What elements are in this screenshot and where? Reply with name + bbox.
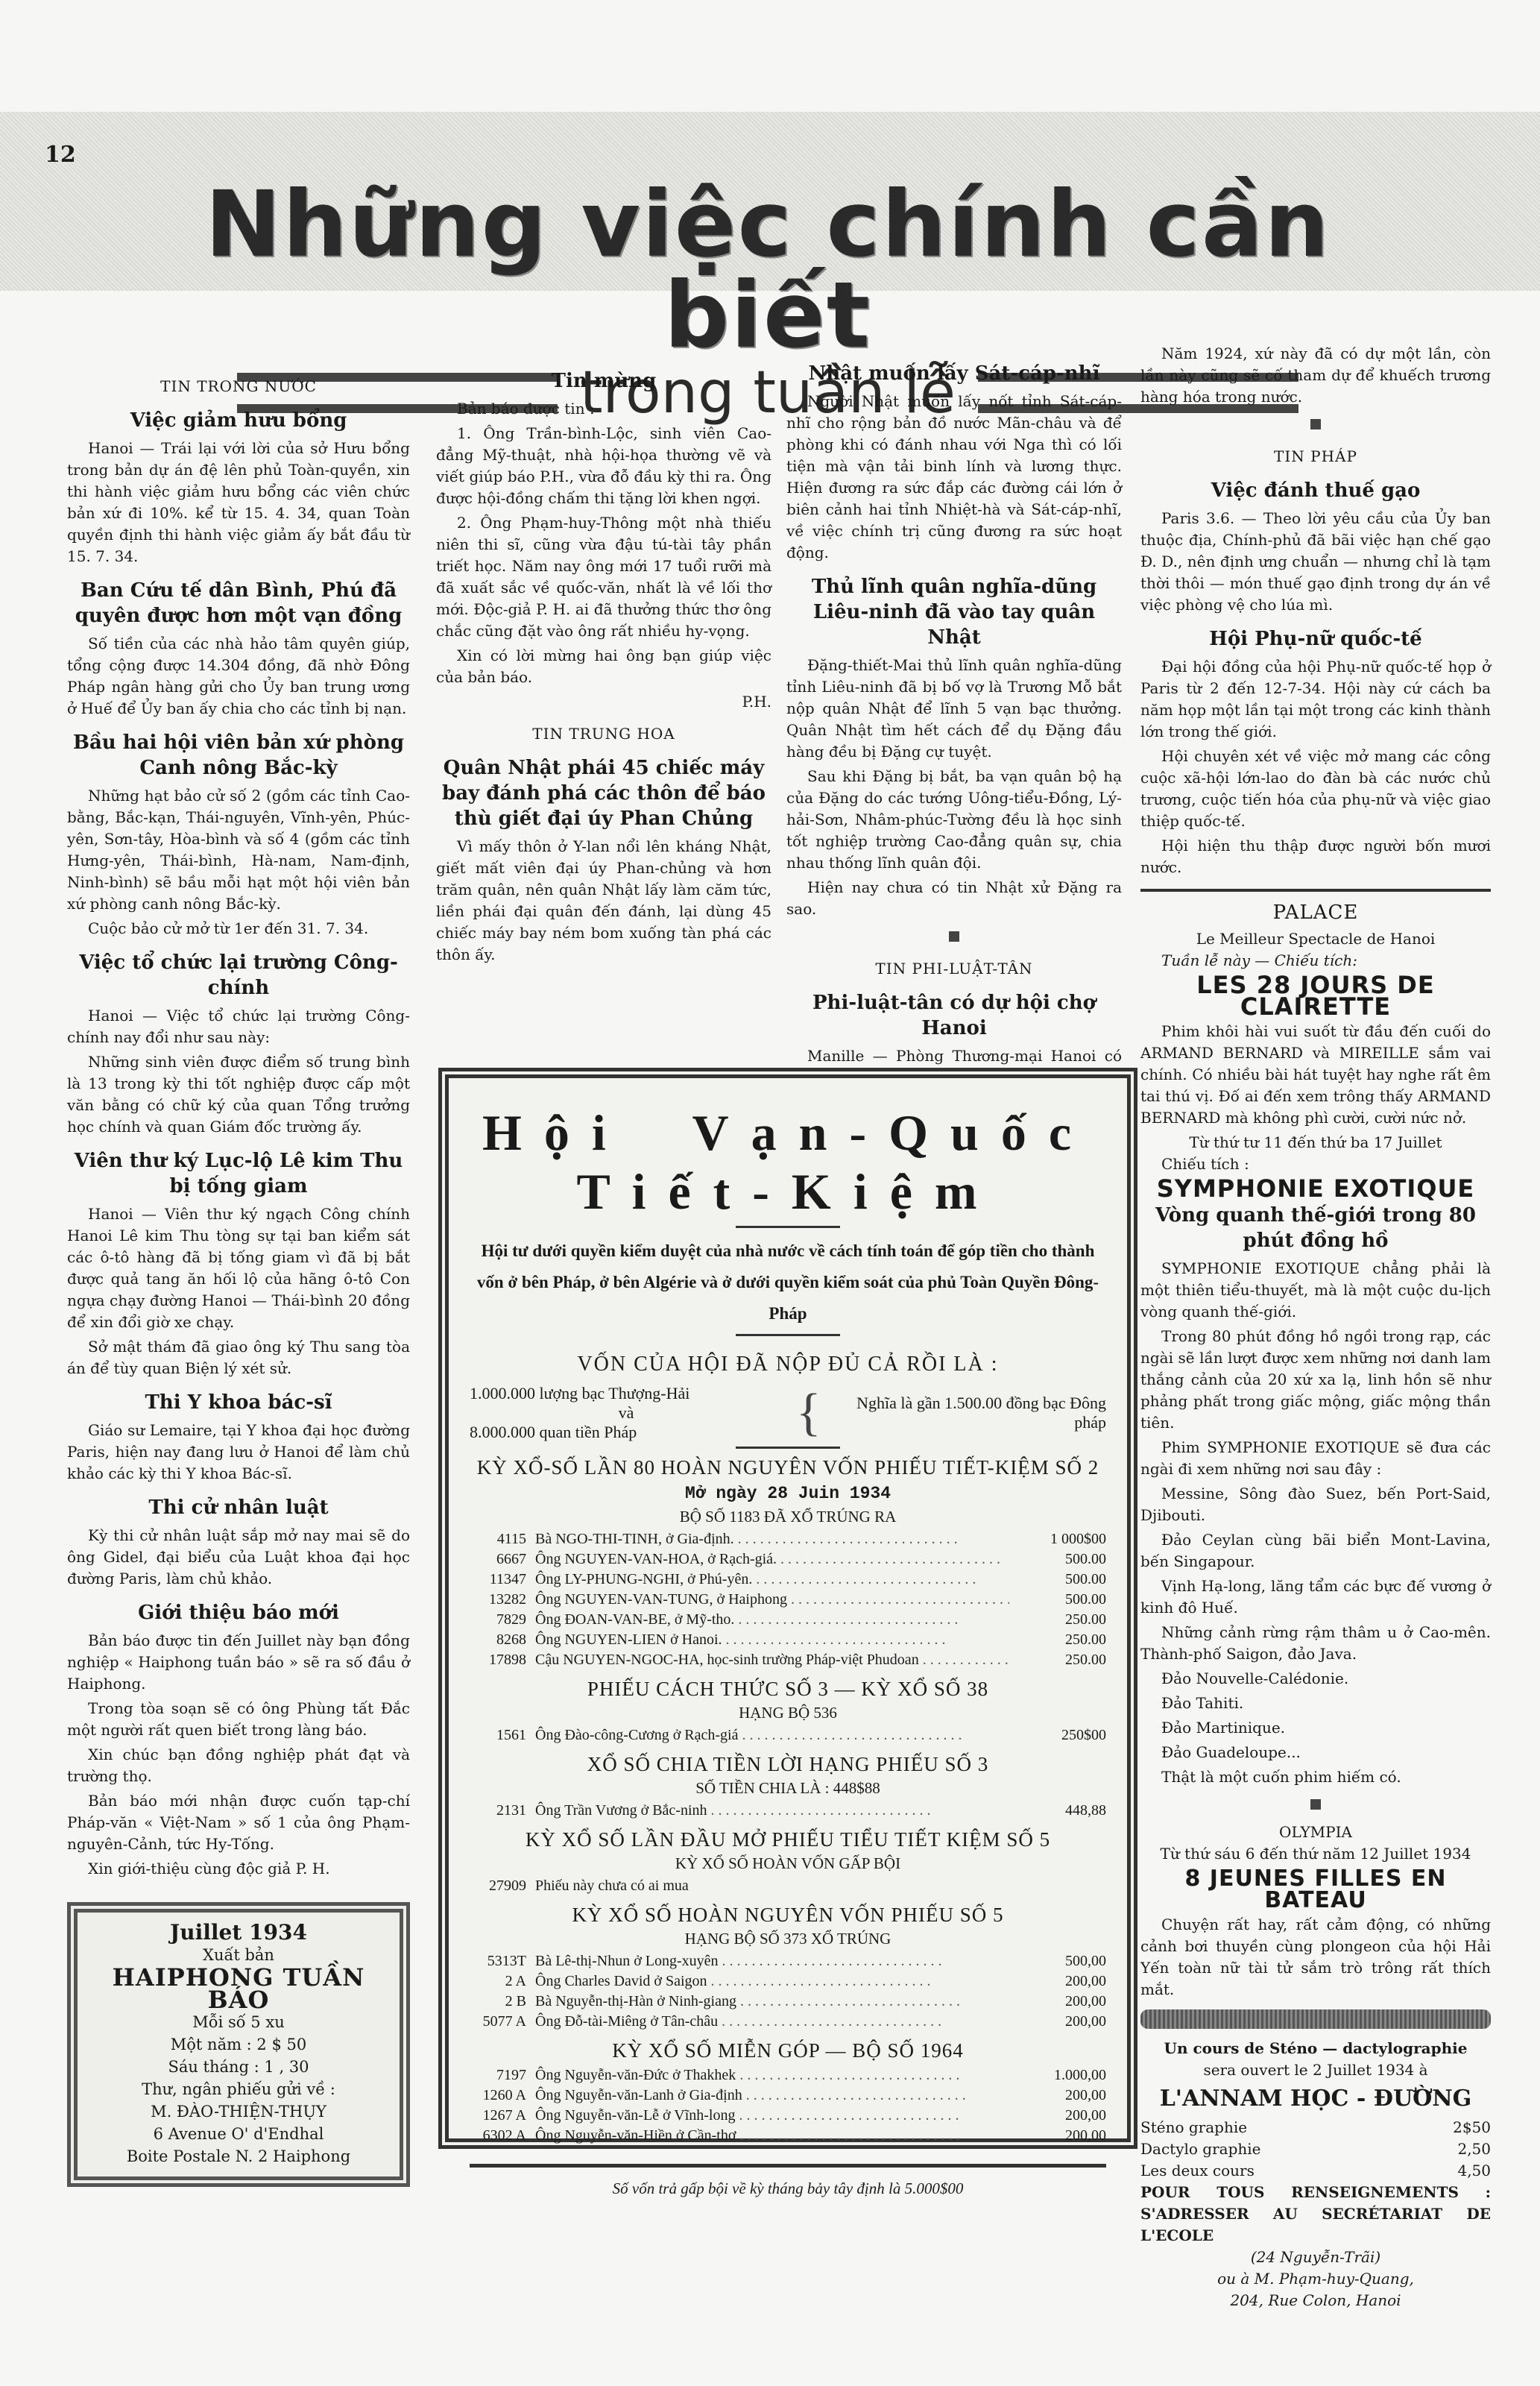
- article-headline: Hội Phụ-nữ quốc-tế: [1140, 626, 1491, 652]
- film-description: Phim SYMPHONIE EXOTIQUE sẽ đưa các ngài …: [1140, 1437, 1491, 1480]
- film-description: Trong 80 phút đồng hồ ngồi trong rạp, cá…: [1140, 1326, 1491, 1434]
- prize-amount: 200,00: [1009, 2012, 1106, 2032]
- palace-name: PALACE: [1140, 902, 1491, 924]
- ticket-number: 17898: [470, 1650, 526, 1670]
- winner-row: 7197Ông Nguyễn-văn-Đức ở Thakhek1.000,00: [470, 2065, 1106, 2086]
- ad-footer: Số vốn trả gấp bội về kỳ tháng bảy tây đ…: [470, 2164, 1106, 2198]
- winner-name: Ông NGUYEN-VAN-TUNG, ở Haiphong: [535, 1590, 1009, 1610]
- winner-row: 6302 AÔng Nguyễn-văn-Hiền ở Cần-thơ200,0…: [470, 2126, 1106, 2146]
- article-paragraph: Hiện nay chưa có tin Nhật xử Đặng ra sao…: [786, 877, 1122, 920]
- prize-amount: 1.000,00: [1009, 2065, 1106, 2086]
- prize-amount: 200,00: [1009, 2086, 1106, 2106]
- ticket-number: 2 A: [470, 1971, 526, 1992]
- section-heading: TIN TRONG NƯỚC: [67, 376, 410, 397]
- draw-subtitle: BỘ SỐ 1183 ĐÃ XỔ TRÚNG RA: [470, 1508, 1106, 1526]
- article-paragraph: Bản báo được tin :: [436, 398, 771, 420]
- draw-note: Phiếu này chưa có ai mua: [535, 1876, 689, 1896]
- prize-amount: 250.00: [1009, 1650, 1106, 1670]
- article-paragraph: Hanoi — Việc tổ chức lại trường Công-chí…: [67, 1005, 410, 1048]
- prize-amount: 200,00: [1009, 1992, 1106, 2012]
- palace-dates: Từ thứ tư 11 đến thứ ba 17 Juillet: [1140, 1132, 1491, 1153]
- price-list: Sténo graphie2$50Dactylo graphie2,50Les …: [1140, 2117, 1491, 2182]
- winner-name: Ông Nguyễn-văn-Hiền ở Cần-thơ: [535, 2126, 1009, 2146]
- article-headline: Bầu hai hội viên bản xứ phòng Canh nông …: [67, 730, 410, 781]
- palace-week: Tuần lễ này — Chiếu tích:: [1140, 950, 1491, 972]
- separator-icon: [1140, 414, 1491, 435]
- price-label: Sténo graphie: [1140, 2117, 1247, 2138]
- address-line: (24 Nguyễn-Trãi): [1140, 2247, 1491, 2268]
- steno-line2: sera ouvert le 2 Juillet 1934 à: [1140, 2059, 1491, 2081]
- draw-title: XỔ SỐ CHIA TIỀN LỜI HẠNG PHIẾU SỐ 3: [470, 1753, 1106, 1776]
- capital-line: và: [470, 1403, 783, 1423]
- winner-row: 4115Bà NGO-THI-TINH, ở Gia-định.1 000$00: [470, 1529, 1106, 1549]
- steno-address: (24 Nguyễn-Trãi)ou à M. Phạm-huy-Quang,2…: [1140, 2247, 1491, 2311]
- winner-row: 2131Ông Trần Vương ở Bắc-ninh448,88: [470, 1801, 1106, 1821]
- article-headline: Giới thiệu báo mới: [67, 1600, 410, 1625]
- film-description: Thật là một cuốn phim hiếm có.: [1140, 1766, 1491, 1788]
- winner-name: Ông Đỗ-tài-Miêng ở Tân-châu: [535, 2012, 1009, 2032]
- prize-amount: 200,00: [1009, 2106, 1106, 2126]
- olympia-desc: Chuyện rất hay, rất cảm động, có những c…: [1140, 1914, 1491, 2001]
- capital-line: 1.000.000 lượng bạc Thượng-Hải: [470, 1384, 783, 1403]
- article-paragraph: Sở mật thám đã giao ông ký Thu sang tòa …: [67, 1336, 410, 1379]
- article-paragraph: Vì mấy thôn ở Y-lan nổi lên kháng Nhật, …: [436, 836, 771, 966]
- draw-title: KỲ XỔ-SỐ LẦN 80 HOÀN NGUYÊN VỐN PHIẾU TI…: [470, 1456, 1106, 1479]
- article-headline: Viên thư ký Lục-lộ Lê kim Thu bị tống gi…: [67, 1148, 410, 1199]
- winner-name: Ông Charles David ở Saigon: [535, 1971, 1009, 1992]
- winner-name: Bà Nguyễn-thị-Hàn ở Ninh-giang: [535, 1992, 1009, 2012]
- price-value: 2,50: [1457, 2138, 1491, 2160]
- subscription-lines: Mỗi số 5 xuMột năm : 2 $ 50Sáu tháng : 1…: [92, 2011, 385, 2168]
- film-description: Những cảnh rừng rậm thâm u ở Cao-mên. Th…: [1140, 1622, 1491, 1665]
- winner-name: Ông Đào-công-Cương ở Rạch-giá: [535, 1725, 1009, 1746]
- article-paragraph: 1. Ông Trần-bình-Lộc, sinh viên Cao-đẳng…: [436, 423, 771, 509]
- ticket-number: 6667: [470, 1549, 526, 1570]
- olympia-name: OLYMPIA: [1140, 1822, 1491, 1843]
- film-description: Vịnh Hạ-long, lăng tẩm các bực đế vương …: [1140, 1576, 1491, 1619]
- winner-name: Ông LY-PHUNG-NGHI, ở Phú-yên.: [535, 1570, 1009, 1590]
- subscription-line: Sáu tháng : 1 , 30: [92, 2056, 385, 2078]
- draw-title: KỲ XỔ SỐ MIỄN GÓP — BỘ SỐ 1964: [470, 2039, 1106, 2062]
- winner-row: 17898Cậu NGUYEN-NGOC-HA, học-sinh trường…: [470, 1650, 1106, 1670]
- ticket-number: 8268: [470, 1630, 526, 1650]
- winner-name: Ông ĐOAN-VAN-BE, ở Mỹ-tho.: [535, 1610, 1009, 1630]
- subscription-line: Một năm : 2 $ 50: [92, 2033, 385, 2056]
- lottery-results: KỲ XỔ-SỐ LẦN 80 HOÀN NGUYÊN VỐN PHIẾU TI…: [470, 1456, 1106, 2146]
- prize-amount: 500.00: [1009, 1549, 1106, 1570]
- separator-icon: [1140, 1794, 1491, 1816]
- winner-row: 2 AÔng Charles David ở Saigon200,00: [470, 1971, 1106, 1992]
- ad-title: Hội Vạn-Quốc Tiết-Kiệm: [470, 1104, 1106, 1221]
- subscription-line: Boite Postale N. 2 Haiphong: [92, 2145, 385, 2168]
- article-paragraph: Số tiền của các nhà hảo tâm quyên giúp, …: [67, 633, 410, 720]
- winner-row: 1260 AÔng Nguyễn-văn-Lanh ở Gia-định200,…: [470, 2086, 1106, 2106]
- winner-row: 27909Phiếu này chưa có ai mua: [470, 1876, 1106, 1896]
- subscription-line: Thư, ngân phiếu gửi về :: [92, 2078, 385, 2100]
- film-subtitle: Vòng quanh thế-giới trong 80 phút đồng h…: [1140, 1203, 1491, 1253]
- draw-title: KỲ XỔ SỐ HOÀN NGUYÊN VỐN PHIẾU SỐ 5: [470, 1904, 1106, 1927]
- price-row: Les deux cours4,50: [1140, 2160, 1491, 2182]
- winner-name: Bà Lê-thị-Nhun ở Long-xuyên: [535, 1951, 1009, 1971]
- school-name: L'ANNAM HỌC - ĐƯỜNG: [1140, 2084, 1491, 2114]
- ad-intro: Hội tư dưới quyền kiểm duyệt của nhà nướ…: [470, 1236, 1106, 1329]
- capital-line: 8.000.000 quan tiền Pháp: [470, 1423, 783, 1442]
- winner-row: 2 BBà Nguyễn-thị-Hàn ở Ninh-giang200,00: [470, 1992, 1106, 2012]
- article-paragraph: Trong tòa soạn sẽ có ông Phùng tất Đắc m…: [67, 1698, 410, 1741]
- palace-tagline: Le Meilleur Spectacle de Hanoi: [1140, 928, 1491, 950]
- article-paragraph: Người Nhật muốn lấy nốt tỉnh Sát-cáp-nhĩ…: [786, 391, 1122, 564]
- ornament: [736, 1226, 840, 1228]
- film-title: LES 28 JOURS DE CLAIRETTE: [1140, 975, 1491, 1018]
- column-domestic-news: TIN TRONG NƯỚC Việc giảm hưu bổngHanoi —…: [67, 365, 410, 2187]
- ticket-number: 5077 A: [470, 2012, 526, 2032]
- steno-line1: Un cours de Sténo — dactylographie: [1140, 2038, 1491, 2059]
- winner-name: Ông NGUYEN-LIEN ở Hanoi.: [535, 1630, 1009, 1650]
- article-headline: Quân Nhật phái 45 chiếc máy bay đánh phá…: [436, 755, 771, 831]
- ticket-number: 1561: [470, 1725, 526, 1746]
- winner-name: Ông Nguyễn-văn-Đức ở Thakhek: [535, 2065, 1009, 2086]
- winner-row: 1267 AÔng Nguyễn-văn-Lễ ở Vĩnh-long200,0…: [470, 2106, 1106, 2126]
- ornament: [736, 1447, 840, 1449]
- prize-amount: 500,00: [1009, 1951, 1106, 1971]
- film-description: Đảo Guadeloupe...: [1140, 1742, 1491, 1763]
- winner-row: 1561Ông Đào-công-Cương ở Rạch-giá250$00: [470, 1725, 1106, 1746]
- ticket-number: 1260 A: [470, 2086, 526, 2106]
- ticket-number: 7197: [470, 2065, 526, 2086]
- address-line: 204, Rue Colon, Hanoi: [1140, 2290, 1491, 2311]
- article-list: Việc đánh thuế gạoParis 3.6. — Theo lời …: [1140, 478, 1491, 878]
- wave-divider: [1140, 2009, 1491, 2029]
- article-paragraph: Cuộc bảo cử mở từ 1er đến 31. 7. 34.: [67, 918, 410, 939]
- film-description: SYMPHONIE EXOTIQUE chẳng phải là một thi…: [1140, 1258, 1491, 1323]
- divider: [1140, 889, 1491, 892]
- article-paragraph: Hanoi — Trái lại với lời của sở Hưu bổng…: [67, 438, 410, 567]
- chieu-tich-label: Chiếu tích :: [1140, 1153, 1491, 1175]
- price-row: Sténo graphie2$50: [1140, 2117, 1491, 2138]
- address-line: ou à M. Phạm-huy-Quang,: [1140, 2268, 1491, 2290]
- prize-amount: 250$00: [1009, 1725, 1106, 1746]
- price-label: Les deux cours: [1140, 2160, 1255, 2182]
- article-paragraph: Kỳ thi cử nhân luật sắp mở nay mai sẽ do…: [67, 1525, 410, 1590]
- film-description: Phim khôi hài vui suốt từ đầu đến cuối d…: [1140, 1021, 1491, 1129]
- prize-amount: 500.00: [1009, 1590, 1106, 1610]
- film-description: Đảo Ceylan cùng bãi biển Mont-Lavina, bế…: [1140, 1529, 1491, 1573]
- draw-subtitle: SỐ TIỀN CHIA LÀ : 448$88: [470, 1779, 1106, 1798]
- subscription-date: Juillet 1934: [92, 1921, 385, 1944]
- prize-amount: 500.00: [1009, 1570, 1106, 1590]
- draw-subtitle: HẠNG BỘ SỐ 373 XỔ TRÚNG: [470, 1930, 1106, 1948]
- film-description: Đảo Nouvelle-Calédonie.: [1140, 1668, 1491, 1690]
- article-paragraph: Đặng-thiết-Mai thủ lĩnh quân nghĩa-dũng …: [786, 655, 1122, 763]
- ticket-number: 13282: [470, 1590, 526, 1610]
- film-title: SYMPHONIE EXOTIQUE: [1140, 1178, 1491, 1200]
- capital-heading: VỐN CỦA HỘI ĐÃ NỘP ĐỦ CẢ RỒI LÀ :: [470, 1353, 1106, 1376]
- subscription-line: 6 Avenue O' d'Endhal: [92, 2123, 385, 2145]
- brace-icon: {: [796, 1387, 821, 1439]
- winner-name: Ông Nguyễn-văn-Lễ ở Vĩnh-long: [535, 2106, 1009, 2126]
- prize-amount: 448,88: [1009, 1801, 1106, 1821]
- winner-row: 5313TBà Lê-thị-Nhun ở Long-xuyên500,00: [470, 1951, 1106, 1971]
- subscription-title: HAIPHONG TUẦN BÁO: [92, 1966, 385, 2011]
- winner-name: Ông Trần Vương ở Bắc-ninh: [535, 1801, 1009, 1821]
- article-paragraph: Bản báo được tin đến Juillet này bạn đồn…: [67, 1630, 410, 1695]
- article-headline: Thi cử nhân luật: [67, 1495, 410, 1520]
- article-headline: Việc giảm hưu bổng: [67, 408, 410, 433]
- section-heading: TIN PHÁP: [1140, 446, 1491, 468]
- article-list: Tin mừngBản báo được tin :1. Ông Trần-bì…: [436, 368, 771, 966]
- article-paragraph: Hanoi — Viên thư ký ngạch Công chính Han…: [67, 1203, 410, 1333]
- article-paragraph: Hội hiện thu thập được người bốn mươi nư…: [1140, 835, 1491, 878]
- draw-title: KỲ XỔ SỐ LẦN ĐẦU MỞ PHIẾU TIỂU TIẾT KIỆM…: [470, 1828, 1106, 1851]
- film-description: Messine, Sông đào Suez, bến Port-Said, D…: [1140, 1483, 1491, 1526]
- article-headline: Thi Y khoa bác-sĩ: [67, 1390, 410, 1415]
- winner-row: 11347Ông LY-PHUNG-NGHI, ở Phú-yên.500.00: [470, 1570, 1106, 1590]
- price-value: 2$50: [1453, 2117, 1491, 2138]
- winner-row: 7829Ông ĐOAN-VAN-BE, ở Mỹ-tho.250.00: [470, 1610, 1106, 1630]
- winner-row: 13282Ông NGUYEN-VAN-TUNG, ở Haiphong500.…: [470, 1590, 1106, 1610]
- winner-row: 8268Ông NGUYEN-LIEN ở Hanoi.250.00: [470, 1630, 1106, 1650]
- article-headline: Tin mừng: [436, 368, 771, 394]
- article-headline: Thủ lĩnh quân nghĩa-dũng Liêu-ninh đã và…: [786, 574, 1122, 650]
- article-headline: Việc đánh thuế gạo: [1140, 478, 1491, 503]
- draw-subtitle: KỲ XỔ SỐ HOÀN VỐN GẤP BỘI: [470, 1854, 1106, 1873]
- winner-name: Ông Nguyễn-văn-Lanh ở Gia-định: [535, 2086, 1009, 2106]
- continuation-text: Năm 1924, xứ này đã có dự một lần, còn l…: [1140, 343, 1491, 408]
- price-row: Dactylo graphie2,50: [1140, 2138, 1491, 2160]
- winner-row: 5077 AÔng Đỗ-tài-Miêng ở Tân-châu200,00: [470, 2012, 1106, 2032]
- article-paragraph: Sau khi Đặng bị bắt, ba vạn quân bộ hạ c…: [786, 766, 1122, 874]
- article-headline: Ban Cứu tế dân Bình, Phú đã quyên được h…: [67, 578, 410, 629]
- article-paragraph: Đại hội đồng của hội Phụ-nữ quốc-tế họp …: [1140, 656, 1491, 743]
- article-list: Việc giảm hưu bổngHanoi — Trái lại với l…: [67, 408, 410, 1880]
- draw-title: PHIẾU CÁCH THỨC SỐ 3 — KỲ XỔ SỐ 38: [470, 1678, 1106, 1701]
- article-paragraph: Những sinh viên được điểm số trung bình …: [67, 1051, 410, 1138]
- prize-amount: 200,00: [1009, 2126, 1106, 2146]
- draw-subtitle: HẠNG BỘ 536: [470, 1704, 1106, 1722]
- winner-name: Bà NGO-THI-TINH, ở Gia-định.: [535, 1529, 1009, 1549]
- ticket-number: 7829: [470, 1610, 526, 1630]
- film-description: Đảo Tahiti.: [1140, 1693, 1491, 1714]
- article-signature: P.H.: [436, 691, 771, 713]
- price-label: Dactylo graphie: [1140, 2138, 1261, 2160]
- capital-equivalent: Nghĩa là gần 1.500.00 đồng bạc Đông pháp: [835, 1394, 1106, 1432]
- prize-amount: 1 000$00: [1009, 1529, 1106, 1549]
- ticket-number: 5313T: [470, 1951, 526, 1971]
- ticket-number: 2 B: [470, 1992, 526, 2012]
- ticket-number: 11347: [470, 1570, 526, 1590]
- ornament: [736, 1334, 840, 1336]
- prize-amount: 250.00: [1009, 1630, 1106, 1650]
- column-france-cinema: Năm 1924, xứ này đã có dự một lần, còn l…: [1140, 343, 1491, 2311]
- subscription-line: M. ĐÀO-THIỆN-THỤY: [92, 2100, 385, 2123]
- page-number: 12: [45, 142, 76, 168]
- ticket-number: 27909: [470, 1876, 526, 1896]
- savings-advertisement: Hội Vạn-Quốc Tiết-Kiệm Hội tư dưới quyền…: [438, 1068, 1137, 2149]
- article-headline: Việc tổ chức lại trường Công-chính: [67, 950, 410, 1001]
- article-paragraph: Bản báo mới nhận được cuốn tạp-chí Pháp-…: [67, 1790, 410, 1855]
- prize-amount: 250.00: [1009, 1610, 1106, 1630]
- ticket-number: 4115: [470, 1529, 526, 1549]
- steno-info: POUR TOUS RENSEIGNEMENTS : S'ADRESSER AU…: [1140, 2182, 1491, 2247]
- article-paragraph: Những hạt bảo cử số 2 (gồm các tỉnh Cao-…: [67, 785, 410, 915]
- capital-block: 1.000.000 lượng bạc Thượng-Hảivà8.000.00…: [470, 1384, 1106, 1442]
- ticket-number: 1267 A: [470, 2106, 526, 2126]
- masthead-title: Những việc chính cần biết: [157, 179, 1379, 361]
- article-paragraph: Hội chuyên xét về việc mở mang các công …: [1140, 746, 1491, 832]
- article-paragraph: Xin có lời mừng hai ông bạn giúp việc củ…: [436, 645, 771, 688]
- article-paragraph: Giáo sư Lemaire, tại Y khoa đại học đườn…: [67, 1420, 410, 1485]
- subscription-box: Juillet 1934 Xuất bản HAIPHONG TUẦN BÁO …: [67, 1902, 410, 2187]
- winner-name: Cậu NGUYEN-NGOC-HA, học-sinh trường Pháp…: [535, 1650, 1009, 1670]
- olympia-dates: Từ thứ sáu 6 đến thứ năm 12 Juillet 1934: [1140, 1843, 1491, 1865]
- section-heading: TIN PHI-LUẬT-TÂN: [786, 958, 1122, 980]
- article-headline: Phi-luật-tân có dự hội chợ Hanoi: [786, 990, 1122, 1041]
- article-list: Nhật muốn lấy Sát-cáp-nhĩNgười Nhật muốn…: [786, 361, 1122, 1132]
- winner-name: Ông NGUYEN-VAN-HOA, ở Rạch-giá.: [535, 1549, 1009, 1570]
- article-headline: Nhật muốn lấy Sát-cáp-nhĩ: [786, 361, 1122, 386]
- film-description: Đảo Martinique.: [1140, 1717, 1491, 1739]
- separator-icon: [786, 926, 1122, 948]
- column-tin-mung: Tin mừngBản báo được tin :1. Ông Trần-bì…: [436, 358, 771, 969]
- winner-row: 6667Ông NGUYEN-VAN-HOA, ở Rạch-giá.500.0…: [470, 1549, 1106, 1570]
- draw-date: Mở ngày 28 Juin 1934: [470, 1484, 1106, 1503]
- ticket-number: 2131: [470, 1801, 526, 1821]
- article-paragraph: Paris 3.6. — Theo lời yêu cầu của Ủy ban…: [1140, 508, 1491, 616]
- price-value: 4,50: [1457, 2160, 1491, 2182]
- subscription-line: Mỗi số 5 xu: [92, 2011, 385, 2033]
- article-paragraph: Xin chúc bạn đồng nghiệp phát đạt và trư…: [67, 1744, 410, 1787]
- column-foreign-news: Nhật muốn lấy Sát-cáp-nhĩNgười Nhật muốn…: [786, 350, 1122, 1135]
- section-heading: TIN TRUNG HOA: [436, 723, 771, 745]
- article-paragraph: Xin giới-thiệu cùng độc giả P. H.: [67, 1858, 410, 1880]
- film-title: 8 JEUNES FILLES EN BATEAU: [1140, 1868, 1491, 1911]
- ticket-number: 6302 A: [470, 2126, 526, 2146]
- article-paragraph: 2. Ông Phạm-huy-Thông một nhà thiếu niên…: [436, 512, 771, 642]
- prize-amount: 200,00: [1009, 1971, 1106, 1992]
